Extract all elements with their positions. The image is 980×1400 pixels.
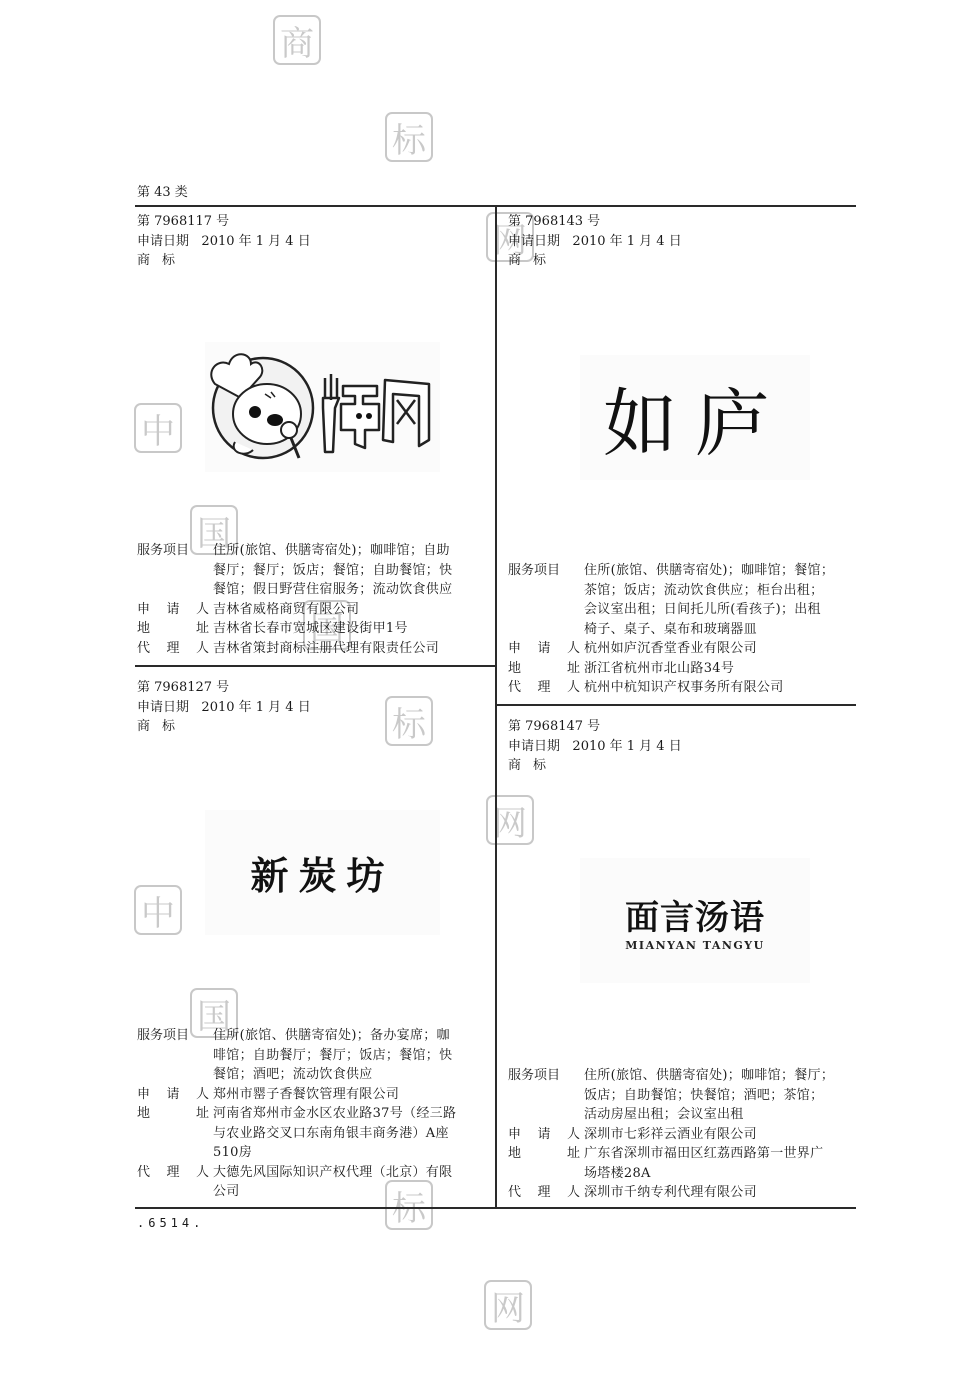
- agent-label: 代理人: [137, 639, 213, 659]
- watermark-biao: 标: [385, 112, 433, 162]
- address-field: 地址 河南省郑州市金水区农业路37号（经三路 与农业路交叉口东南角银丰商务港）A…: [137, 1104, 485, 1163]
- applicant-value: 杭州如庐沉香堂香业有限公司: [584, 639, 856, 659]
- services-line: 饭店；自助餐馆；快餐馆；酒吧；茶馆；: [584, 1086, 856, 1106]
- column-divider: [495, 206, 497, 1207]
- mark-label: 商 标: [508, 251, 546, 271]
- services-line: 会议室出租；日间托儿所(看孩子)；出租: [584, 600, 856, 620]
- applicant-label: 申请人: [137, 1085, 213, 1105]
- agent-value: 杭州中杭知识产权事务所有限公司: [584, 678, 856, 698]
- application-date: 申请日期 2010 年 1 月 4 日: [137, 698, 487, 718]
- mark-label-char: 标: [162, 251, 175, 271]
- trademark-text: 如庐: [603, 365, 787, 471]
- address-field: 地址 吉林省长春市宽城区建设街甲1号: [137, 619, 485, 639]
- agent-field: 代理人 吉林省策封商标注册代理有限责任公司: [137, 639, 485, 659]
- agent-field: 代理人 大德先风国际知识产权代理（北京）有限 公司: [137, 1163, 485, 1202]
- trademark-image-xintanfang: 新炭坊: [205, 810, 440, 935]
- date-value: 2010 年 1 月 4 日: [201, 234, 310, 249]
- applicant-field: 申请人 郑州市罂子香餐饮管理有限公司: [137, 1085, 485, 1105]
- address-value: 河南省郑州市金水区农业路37号（经三路 与农业路交叉口东南角银丰商务港）A座 5…: [213, 1104, 485, 1163]
- mark-label-char: 商: [137, 251, 150, 271]
- entry-7968143-details: 服务项目 住所(旅馆、供膳寄宿处)；咖啡馆；餐馆； 茶馆；饭店；流动饮食供应；柜…: [508, 561, 856, 698]
- mark-label: 商 标: [137, 717, 175, 737]
- services-field: 服务项目 住所(旅馆、供膳寄宿处)；咖啡馆；餐厅； 饭店；自助餐馆；快餐馆；酒吧…: [508, 1066, 856, 1125]
- agent-value: 吉林省策封商标注册代理有限责任公司: [213, 639, 485, 659]
- trademark-image-bogang: [205, 342, 440, 472]
- trademark-entry-7968117: 第 7968117 号 申请日期 2010 年 1 月 4 日 商 标: [137, 212, 487, 271]
- services-line: 餐馆；假日野营住宿服务；流动饮食供应: [213, 580, 485, 600]
- date-label: 申请日期: [137, 234, 189, 249]
- applicant-field: 申请人 吉林省威格商贸有限公司: [137, 600, 485, 620]
- mark-label: 商 标: [508, 756, 546, 776]
- services-line: 茶馆；饭店；流动饮食供应；柜台出租；: [584, 581, 856, 601]
- trademark-text: 新炭坊: [250, 845, 394, 900]
- class-header: 第 43 类: [137, 183, 188, 203]
- agent-label: 代理人: [508, 1183, 584, 1203]
- mark-label: 商 标: [137, 251, 175, 271]
- services-value: 住所(旅馆、供膳寄宿处)；咖啡馆；自助 餐厅；餐厅；饭店；餐馆；自助餐馆；快 餐…: [213, 541, 485, 600]
- address-label: 地址: [508, 659, 584, 679]
- services-label: 服务项目: [137, 1026, 213, 1085]
- address-value: 吉林省长春市宽城区建设街甲1号: [213, 619, 485, 639]
- left-entry-separator: [135, 665, 495, 667]
- trademark-entry-7968147: 第 7968147 号 申请日期 2010 年 1 月 4 日 商 标: [508, 717, 858, 776]
- watermark-wang-3: 网: [484, 1280, 532, 1330]
- agent-field: 代理人 深圳市千纳专利代理有限公司: [508, 1183, 856, 1203]
- agent-label: 代理人: [508, 678, 584, 698]
- applicant-label: 申请人: [508, 639, 584, 659]
- date-value: 2010 年 1 月 4 日: [572, 739, 681, 754]
- services-line: 住所(旅馆、供膳寄宿处)；咖啡馆；餐厅；: [584, 1066, 856, 1086]
- trademark-subtitle: MIANYAN TANGYU: [625, 939, 765, 952]
- date-label: 申请日期: [508, 739, 560, 754]
- services-line: 住所(旅馆、供膳寄宿处)；备办宴席；咖: [213, 1026, 485, 1046]
- registration-number: 第 7968117 号: [137, 212, 487, 232]
- applicant-label: 申请人: [137, 600, 213, 620]
- agent-field: 代理人 杭州中杭知识产权事务所有限公司: [508, 678, 856, 698]
- right-entry-separator: [497, 704, 856, 706]
- mark-label-char: 标: [533, 251, 546, 271]
- date-label: 申请日期: [508, 234, 560, 249]
- entry-7968117-details: 服务项目 住所(旅馆、供膳寄宿处)；咖啡馆；自助 餐厅；餐厅；饭店；餐馆；自助餐…: [137, 541, 485, 658]
- mark-label-char: 标: [533, 756, 546, 776]
- applicant-value: 深圳市七彩祥云酒业有限公司: [584, 1125, 856, 1145]
- mark-label-char: 商: [508, 251, 521, 271]
- address-field: 地址 广东省深圳市福田区红荔西路第一世界广 场塔楼28A: [508, 1144, 856, 1183]
- services-label: 服务项目: [137, 541, 213, 600]
- services-line: 餐厅；餐厅；饭店；餐馆；自助餐馆；快: [213, 561, 485, 581]
- applicant-label: 申请人: [508, 1125, 584, 1145]
- application-date: 申请日期 2010 年 1 月 4 日: [508, 232, 858, 252]
- date-value: 2010 年 1 月 4 日: [572, 234, 681, 249]
- applicant-value: 吉林省威格商贸有限公司: [213, 600, 485, 620]
- applicant-field: 申请人 深圳市七彩祥云酒业有限公司: [508, 1125, 856, 1145]
- date-label: 申请日期: [137, 700, 189, 715]
- services-label: 服务项目: [508, 561, 584, 639]
- watermark-zhong-2: 中: [134, 885, 182, 935]
- address-label: 地址: [137, 619, 213, 639]
- services-field: 服务项目 住所(旅馆、供膳寄宿处)；备办宴席；咖 啡馆；自助餐厅；餐厅；饭店；餐…: [137, 1026, 485, 1085]
- services-line: 啡馆；自助餐厅；餐厅；饭店；餐馆；快: [213, 1046, 485, 1066]
- applicant-field: 申请人 杭州如庐沉香堂香业有限公司: [508, 639, 856, 659]
- chef-mascot-icon: [205, 342, 440, 472]
- agent-value: 大德先风国际知识产权代理（北京）有限 公司: [213, 1163, 485, 1202]
- watermark-shang: 商: [273, 15, 321, 65]
- trademark-image-mianyan-tangyu: 面言汤语 MIANYAN TANGYU: [580, 858, 810, 983]
- agent-value: 深圳市千纳专利代理有限公司: [584, 1183, 856, 1203]
- application-date: 申请日期 2010 年 1 月 4 日: [137, 232, 487, 252]
- services-line: 住所(旅馆、供膳寄宿处)；咖啡馆；餐馆；: [584, 561, 856, 581]
- trademark-entry-7968143: 第 7968143 号 申请日期 2010 年 1 月 4 日 商 标: [508, 212, 858, 271]
- agent-label: 代理人: [137, 1163, 213, 1202]
- trademark-text: 面言汤语: [625, 890, 765, 939]
- services-field: 服务项目 住所(旅馆、供膳寄宿处)；咖啡馆；餐馆； 茶馆；饭店；流动饮食供应；柜…: [508, 561, 856, 639]
- address-field: 地址 浙江省杭州市北山路34号: [508, 659, 856, 679]
- mark-label-char: 商: [137, 717, 150, 737]
- services-line: 椅子、桌子、桌布和玻璃器皿: [584, 620, 856, 640]
- registration-number: 第 7968147 号: [508, 717, 858, 737]
- trademark-image-rulu: 如庐: [580, 355, 810, 480]
- services-label: 服务项目: [508, 1066, 584, 1125]
- date-value: 2010 年 1 月 4 日: [201, 700, 310, 715]
- mark-label-char: 商: [508, 756, 521, 776]
- entry-7968147-details: 服务项目 住所(旅馆、供膳寄宿处)；咖啡馆；餐厅； 饭店；自助餐馆；快餐馆；酒吧…: [508, 1066, 856, 1203]
- watermark-zhong: 中: [134, 403, 182, 453]
- mark-label-char: 标: [162, 717, 175, 737]
- entry-7968127-details: 服务项目 住所(旅馆、供膳寄宿处)；备办宴席；咖 啡馆；自助餐厅；餐厅；饭店；餐…: [137, 1026, 485, 1202]
- services-value: 住所(旅馆、供膳寄宿处)；咖啡馆；餐厅； 饭店；自助餐馆；快餐馆；酒吧；茶馆； …: [584, 1066, 856, 1125]
- page-number: .6514.: [137, 1214, 204, 1234]
- applicant-value: 郑州市罂子香餐饮管理有限公司: [213, 1085, 485, 1105]
- services-line: 活动房屋出租；会议室出租: [584, 1105, 856, 1125]
- watermark-wang-2: 网: [486, 795, 534, 845]
- services-field: 服务项目 住所(旅馆、供膳寄宿处)；咖啡馆；自助 餐厅；餐厅；饭店；餐馆；自助餐…: [137, 541, 485, 600]
- services-value: 住所(旅馆、供膳寄宿处)；备办宴席；咖 啡馆；自助餐厅；餐厅；饭店；餐馆；快 餐…: [213, 1026, 485, 1085]
- application-date: 申请日期 2010 年 1 月 4 日: [508, 737, 858, 757]
- registration-number: 第 7968143 号: [508, 212, 858, 232]
- address-label: 地址: [508, 1144, 584, 1183]
- footer-rule: [135, 1207, 856, 1209]
- trademark-entry-7968127: 第 7968127 号 申请日期 2010 年 1 月 4 日 商 标: [137, 678, 487, 737]
- address-value: 浙江省杭州市北山路34号: [584, 659, 856, 679]
- services-line: 餐馆；酒吧；流动饮食供应: [213, 1065, 485, 1085]
- services-value: 住所(旅馆、供膳寄宿处)；咖啡馆；餐馆； 茶馆；饭店；流动饮食供应；柜台出租； …: [584, 561, 856, 639]
- registration-number: 第 7968127 号: [137, 678, 487, 698]
- address-value: 广东省深圳市福田区红荔西路第一世界广 场塔楼28A: [584, 1144, 856, 1183]
- services-line: 住所(旅馆、供膳寄宿处)；咖啡馆；自助: [213, 541, 485, 561]
- address-label: 地址: [137, 1104, 213, 1163]
